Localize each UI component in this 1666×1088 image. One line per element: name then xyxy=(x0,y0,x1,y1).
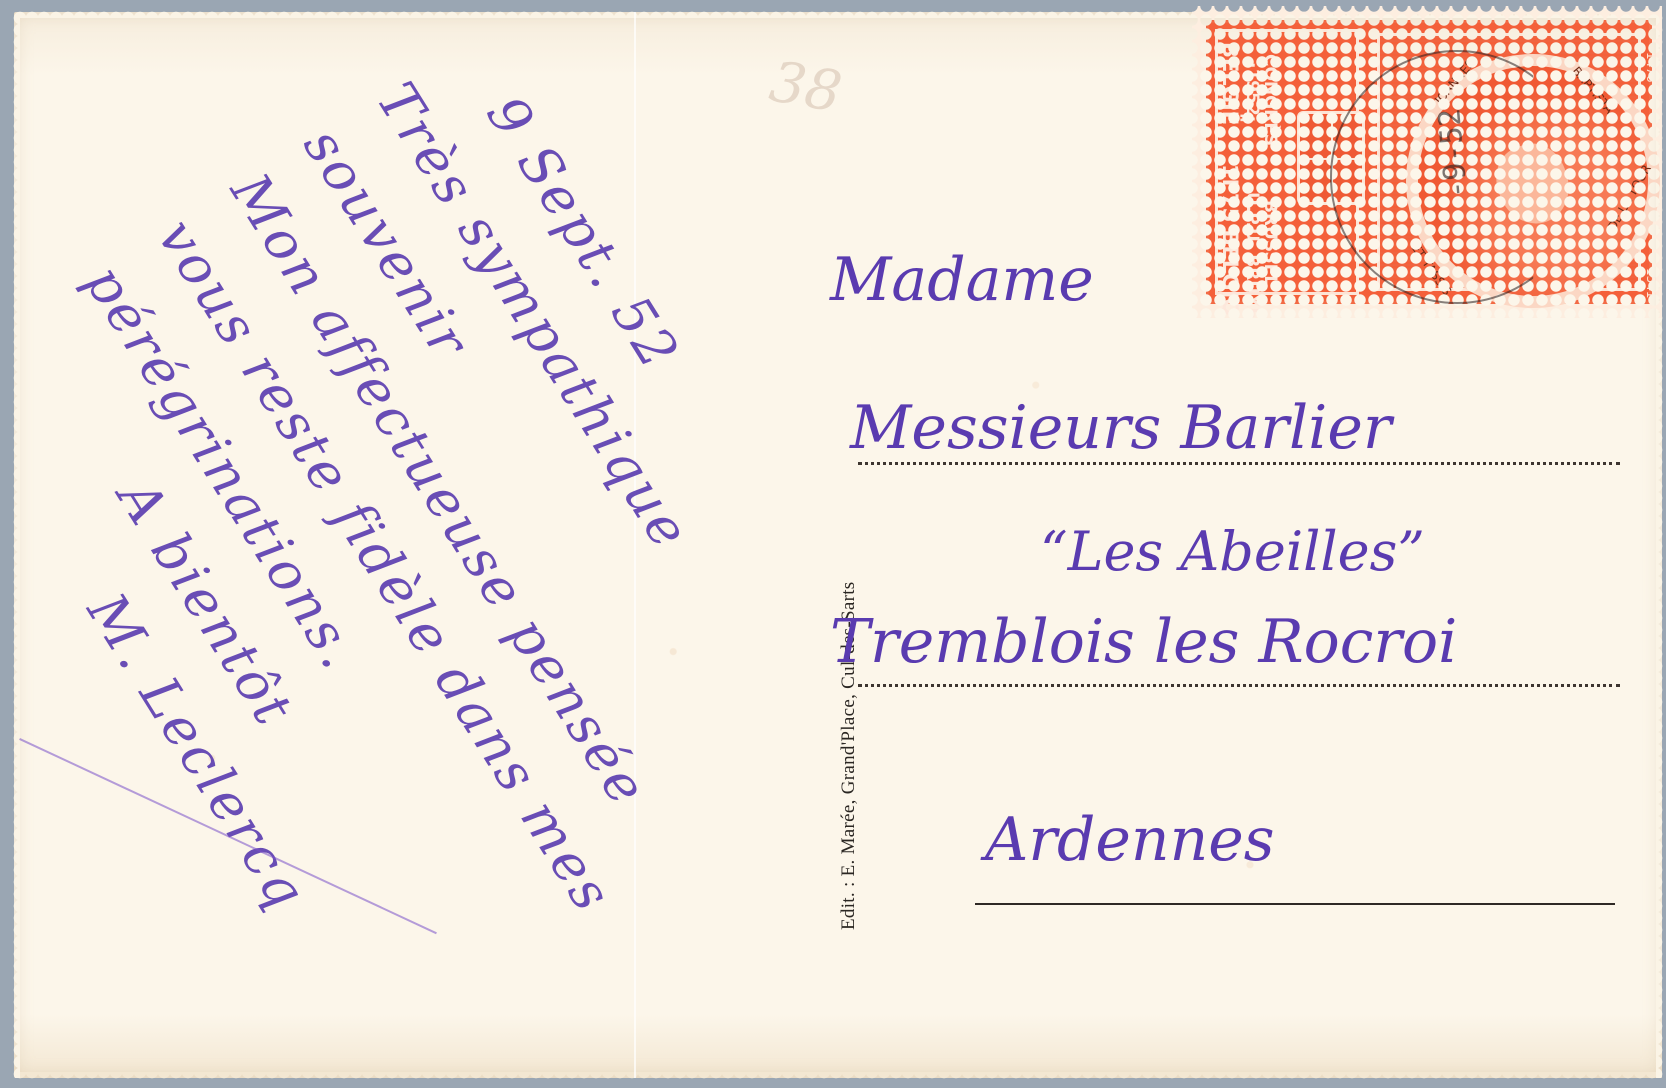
stamp-text: CONGRÈS xyxy=(1260,54,1280,146)
address-recipient: Messieurs Barlier xyxy=(850,398,1392,458)
stamp-year: 1541 xyxy=(1644,268,1658,299)
address-line-4 xyxy=(975,903,1615,905)
stamp-text: BRUSSEL xyxy=(1260,200,1280,286)
stamp-text: BELGIË xyxy=(1218,42,1242,125)
address-line-1 xyxy=(858,462,1620,465)
address-town: Tremblois les Rocroi xyxy=(830,612,1457,672)
deckled-edge-bottom xyxy=(14,1072,1662,1084)
address-place: “Les Abeilles” xyxy=(1040,525,1425,579)
pencil-mark: 38 xyxy=(765,49,846,125)
address-region: Ardennes xyxy=(985,810,1275,870)
address-line-3 xyxy=(858,684,1620,687)
address-salutation: Madame xyxy=(830,250,1094,310)
stamp-text: ·1952· xyxy=(1242,62,1262,122)
stamp-year: 1476 xyxy=(1644,52,1658,83)
